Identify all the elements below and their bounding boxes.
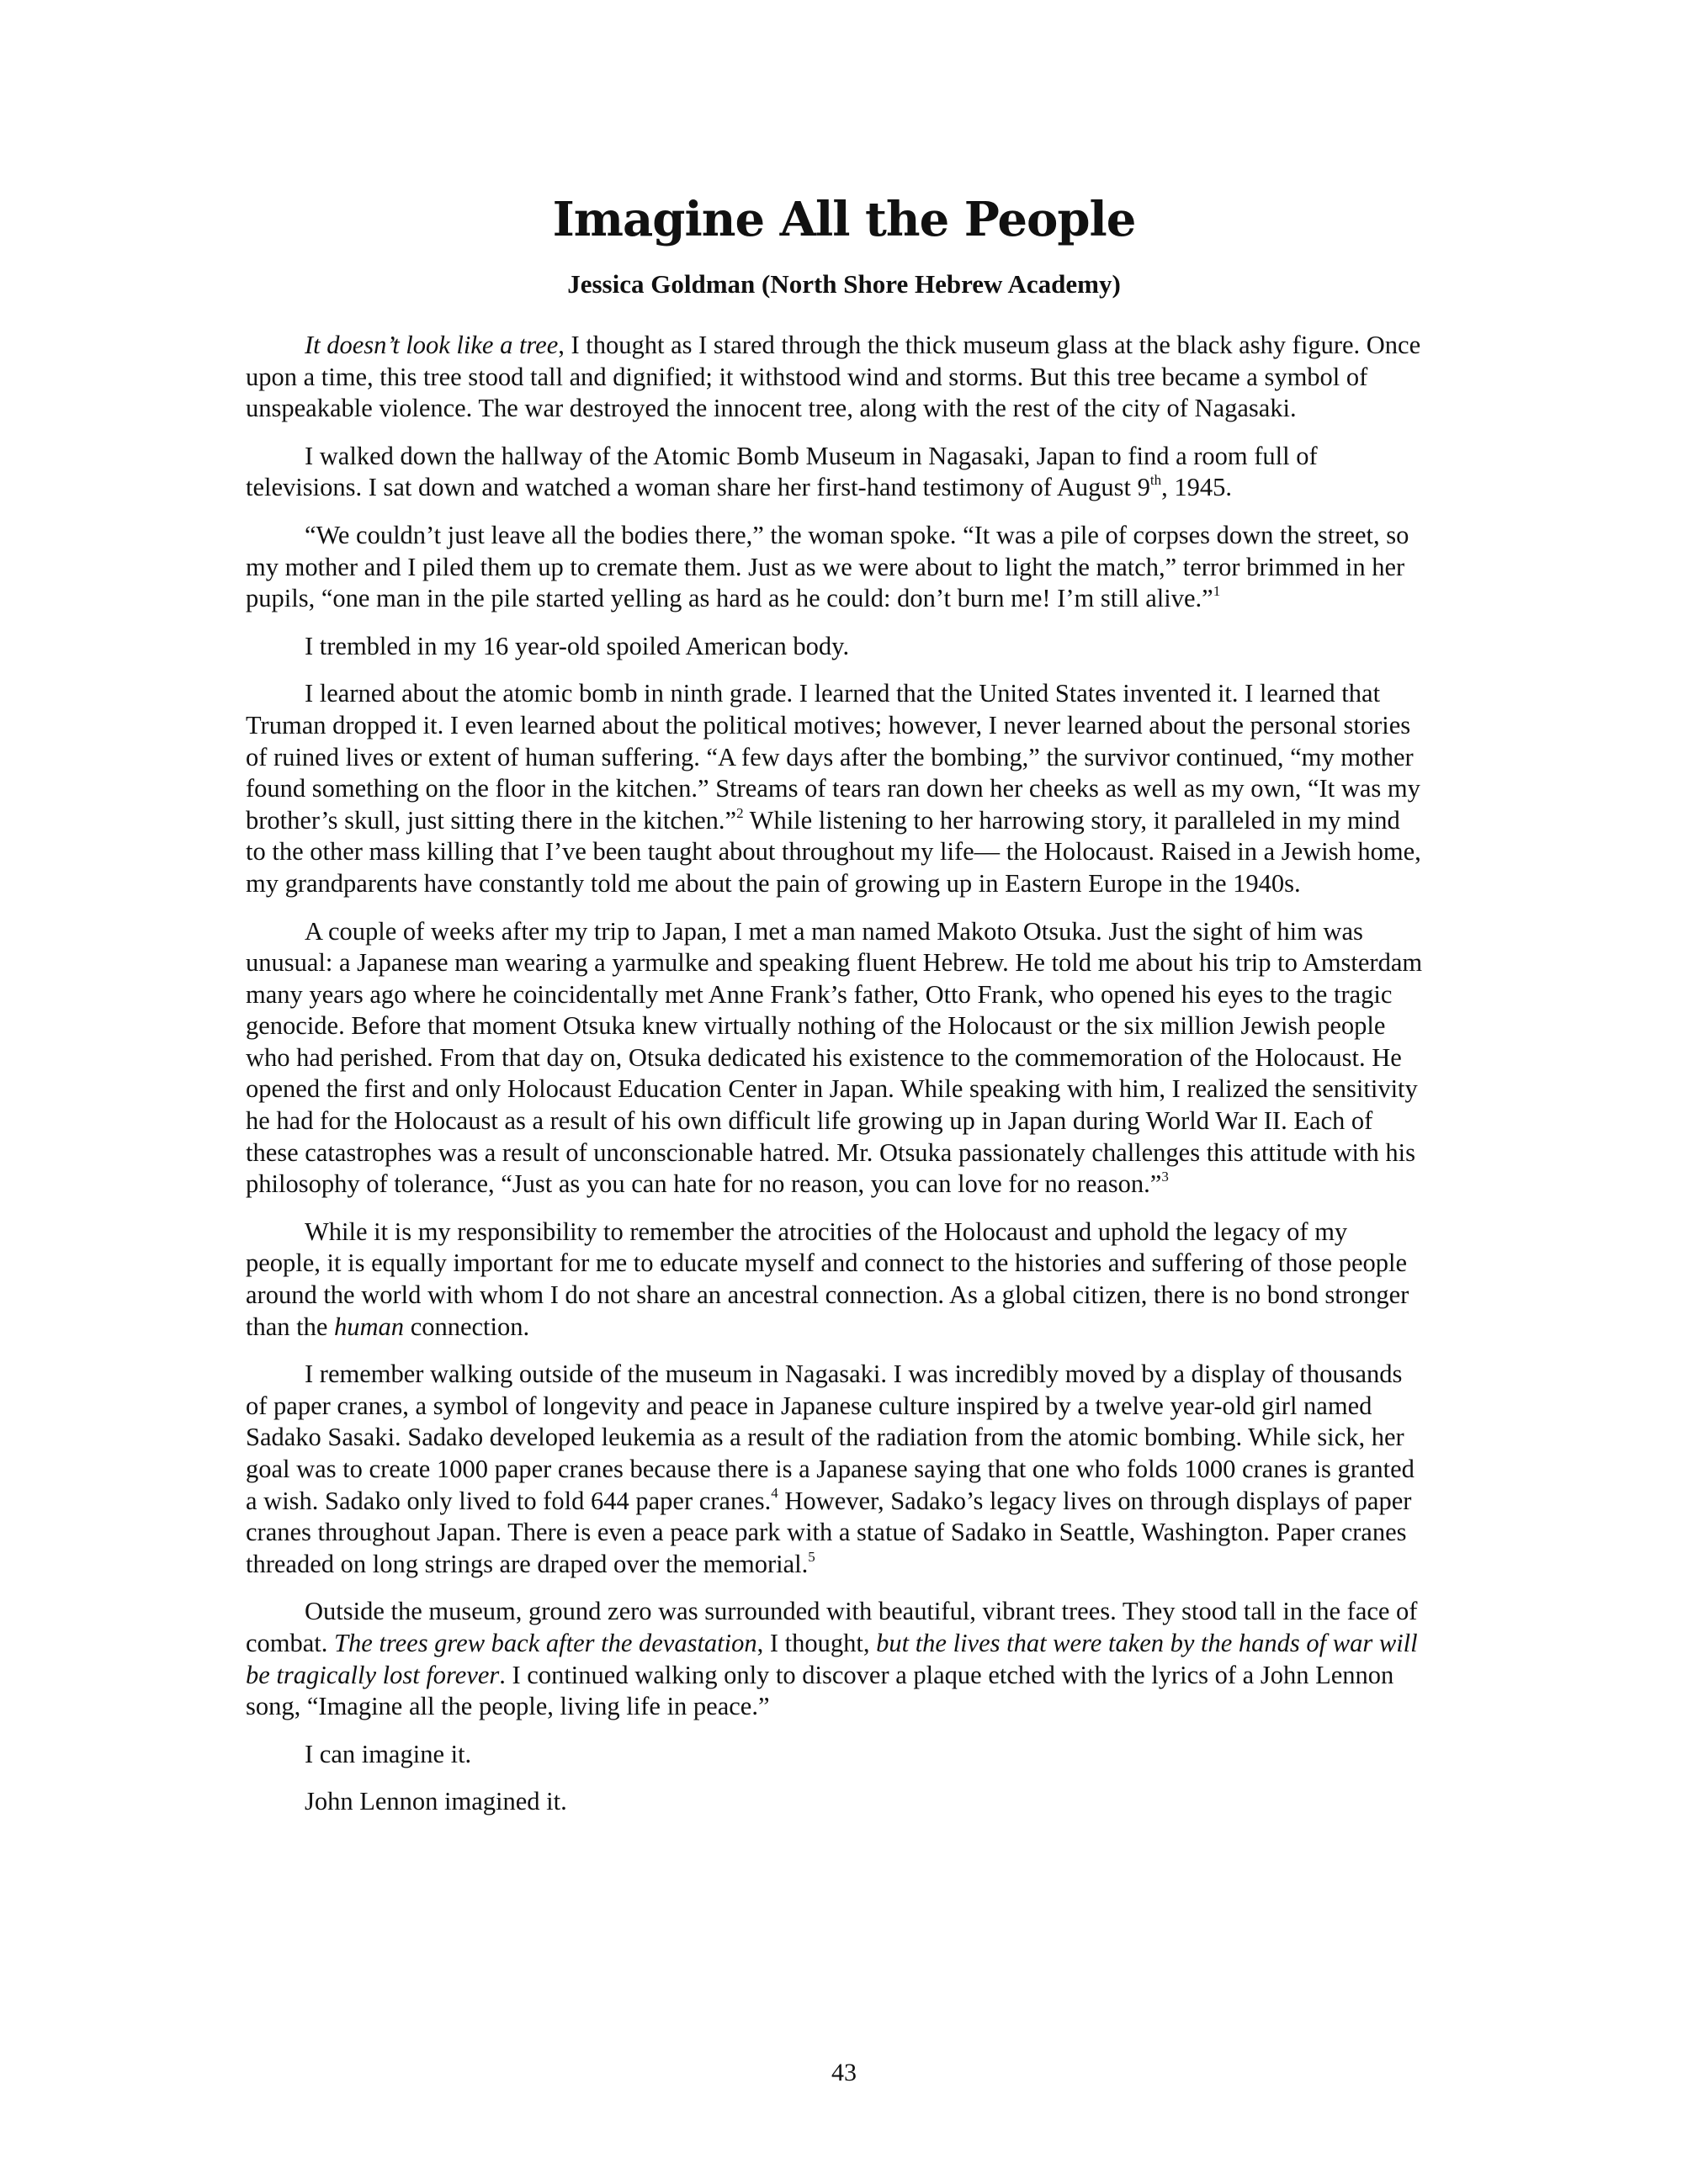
- italic-text: human: [334, 1312, 404, 1341]
- paragraph-text: A couple of weeks after my trip to Japan…: [246, 917, 1422, 1199]
- essay-body: It doesn’t look like a tree, I thought a…: [246, 330, 1425, 1834]
- footnote-marker: 4: [771, 1485, 778, 1501]
- paragraph-text: , 1945.: [1161, 473, 1232, 501]
- footnote-marker: 2: [736, 805, 744, 821]
- paragraph: A couple of weeks after my trip to Japan…: [246, 916, 1425, 1201]
- paragraph-text: I trembled in my 16 year-old spoiled Ame…: [305, 632, 849, 660]
- paragraph-text: connection.: [404, 1312, 529, 1341]
- paragraph-text: John Lennon imagined it.: [305, 1787, 567, 1816]
- footnote-marker: 3: [1161, 1169, 1169, 1185]
- paragraph-text: , I thought,: [757, 1629, 876, 1657]
- paragraph: It doesn’t look like a tree, I thought a…: [246, 330, 1425, 425]
- paragraph: I can imagine it.: [246, 1739, 1425, 1771]
- paragraph: I learned about the atomic bomb in ninth…: [246, 678, 1425, 899]
- page-title: Imagine All the People: [0, 192, 1688, 247]
- paragraph: John Lennon imagined it.: [246, 1786, 1425, 1818]
- paragraph: I walked down the hallway of the Atomic …: [246, 441, 1425, 504]
- paragraph-text: I can imagine it.: [305, 1740, 471, 1768]
- paragraph: While it is my responsibility to remembe…: [246, 1217, 1425, 1343]
- paragraph-text: “We couldn’t just leave all the bodies t…: [246, 521, 1409, 612]
- paragraph: I trembled in my 16 year-old spoiled Ame…: [246, 631, 1425, 663]
- footnote-marker: th: [1150, 472, 1161, 488]
- paragraph: Outside the museum, ground zero was surr…: [246, 1596, 1425, 1722]
- document-page: Imagine All the People Jessica Goldman (…: [0, 0, 1688, 2184]
- footnote-marker: 5: [808, 1549, 815, 1565]
- paragraph: “We couldn’t just leave all the bodies t…: [246, 520, 1425, 615]
- italic-text: It doesn’t look like a tree: [305, 331, 558, 359]
- italic-text: The trees grew back after the devastatio…: [334, 1629, 757, 1657]
- author-line: Jessica Goldman (North Shore Hebrew Acad…: [0, 269, 1688, 300]
- paragraph: I remember walking outside of the museum…: [246, 1359, 1425, 1580]
- footnote-marker: 1: [1213, 583, 1221, 599]
- page-number: 43: [0, 2059, 1688, 2087]
